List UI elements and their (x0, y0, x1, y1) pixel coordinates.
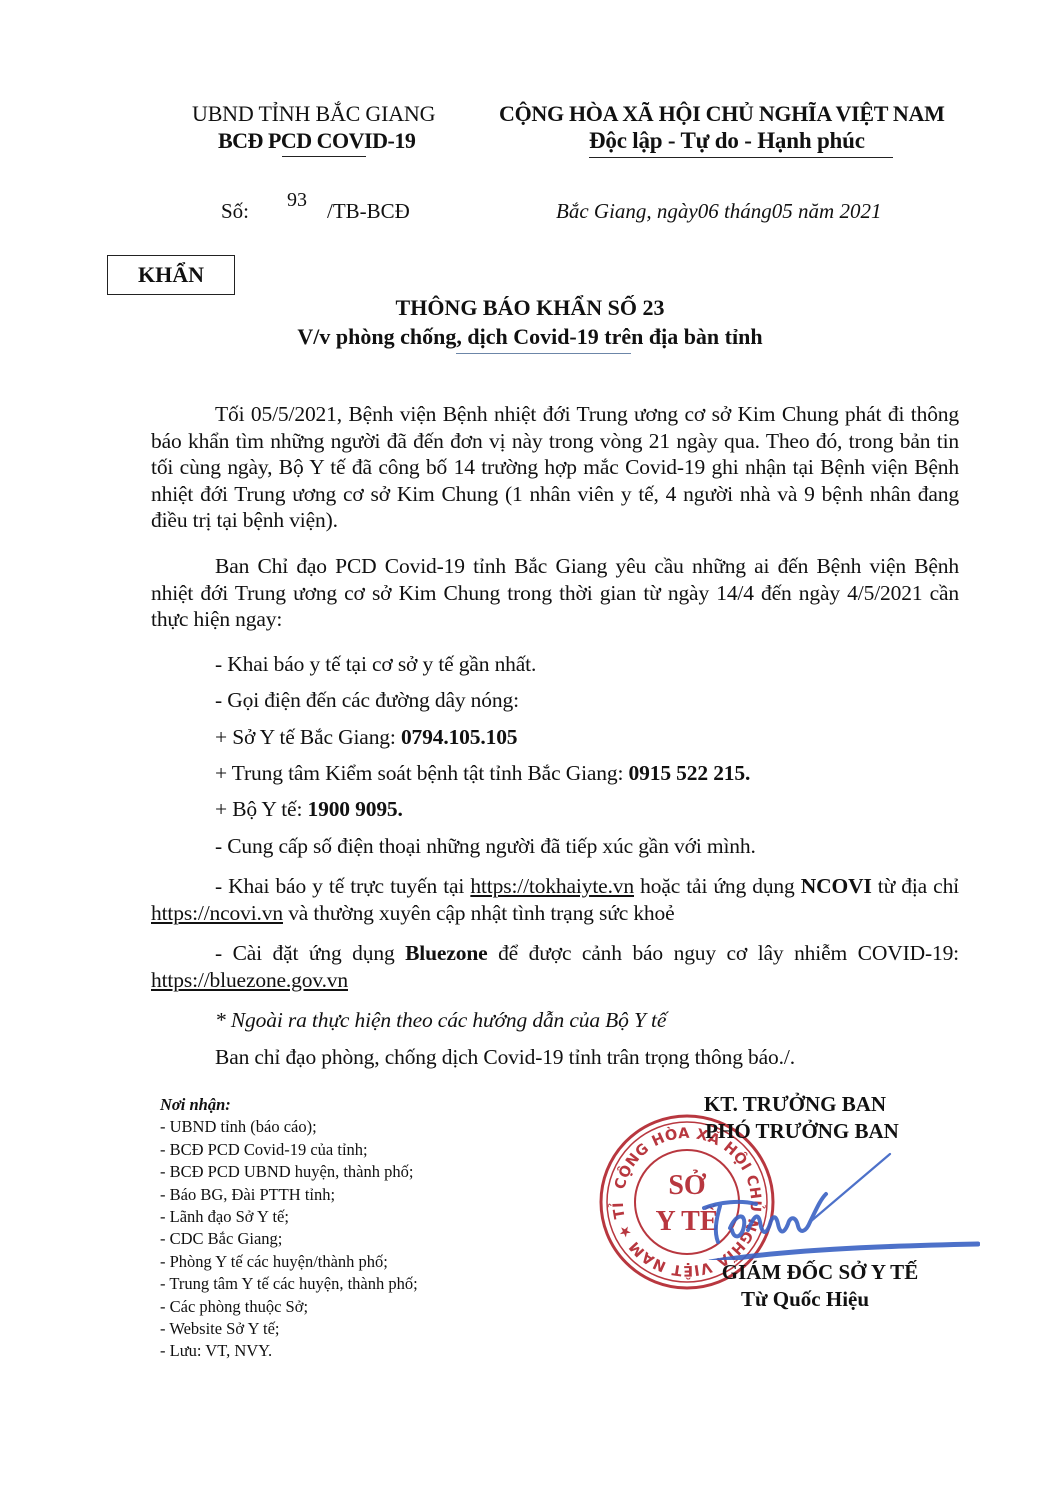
signer-title-1: KT. TRƯỞNG BAN (640, 1092, 950, 1117)
recipient-item: - Lưu: VT, NVY. (160, 1340, 418, 1362)
title-divider (456, 353, 631, 354)
note: * Ngoài ra thực hiện theo các hướng dẫn … (215, 1008, 666, 1033)
document-number-label: Số: (221, 199, 249, 224)
national-title: CỘNG HÒA XÃ HỘI CHỦ NGHĨA VIỆT NAM (499, 101, 945, 127)
text: hoặc tải ứng dụng (634, 874, 801, 898)
instruction-contacts: - Cung cấp số điện thoại những người đã … (215, 834, 756, 859)
signer-position: GIÁM ĐỐC SỞ Y TẾ (690, 1260, 950, 1285)
document-number: 93 (287, 189, 307, 212)
document-title: THÔNG BÁO KHẨN SỐ 23 (0, 295, 1060, 321)
ncovi-app-name: NCOVI (801, 874, 872, 898)
urgent-badge: KHẨN (107, 255, 235, 295)
issuing-committee: BCĐ PCD COVID-19 (218, 128, 415, 154)
recipient-item: - Website Sở Y tế; (160, 1318, 418, 1340)
signer-title-2: PHÓ TRƯỞNG BAN (652, 1119, 952, 1144)
instruction-declare: - Khai báo y tế tại cơ sở y tế gần nhất. (215, 652, 536, 677)
document-number-suffix: /TB-BCĐ (327, 199, 410, 224)
hotline-label: + Bộ Y tế: (215, 797, 308, 821)
recipient-item: - Phòng Y tế các huyện/thành phố; (160, 1251, 418, 1273)
bluezone-link[interactable]: https://bluezone.gov.vn (151, 968, 348, 992)
recipient-item: - Lãnh đạo Sở Y tế; (160, 1206, 418, 1228)
document-subject: V/v phòng chống, dịch Covid-19 trên địa … (0, 324, 1060, 350)
handwritten-signature-icon (700, 1150, 980, 1260)
recipient-item: - BCĐ PCD UBND huyện, thành phố; (160, 1161, 418, 1183)
signer-name: Từ Quốc Hiệu (650, 1287, 960, 1312)
paragraph-bluezone: - Cài đặt ứng dụng Bluezone để được cảnh… (151, 940, 959, 993)
hotline-number: 0915 522 215. (629, 761, 751, 785)
recipient-item: - Các phòng thuộc Sở; (160, 1296, 418, 1318)
text: và thường xuyên cập nhật tình trạng sức … (283, 901, 675, 925)
text: - Cài đặt ứng dụng (215, 941, 405, 965)
recipients-list: Nơi nhận: - UBND tỉnh (báo cáo);- BCĐ PC… (160, 1094, 418, 1363)
recipient-item: - BCĐ PCD Covid-19 của tỉnh; (160, 1139, 418, 1161)
instruction-call: - Gọi điện đến các đường dây nóng: (215, 688, 519, 713)
hotline-label: + Sở Y tế Bắc Giang: (215, 725, 401, 749)
paragraph-background: Tối 05/5/2021, Bệnh viện Bệnh nhiệt đới … (151, 401, 959, 534)
hotline-item: + Trung tâm Kiểm soát bệnh tật tỉnh Bắc … (215, 761, 750, 786)
tokhaiyte-link[interactable]: https://tokhaiyte.vn (470, 874, 634, 898)
text: - Khai báo y tế trực tuyến tại (215, 874, 470, 898)
closing-statement: Ban chỉ đạo phòng, chống dịch Covid-19 t… (215, 1045, 795, 1070)
hotline-item: + Bộ Y tế: 1900 9095. (215, 797, 403, 822)
header-right-divider (589, 157, 893, 158)
paragraph-request: Ban Chỉ đạo PCD Covid-19 tỉnh Bắc Giang … (151, 553, 959, 633)
document-date: Bắc Giang, ngày06 tháng05 năm 2021 (556, 199, 881, 224)
text: để được cảnh báo nguy cơ lây nhiễm COVID… (488, 941, 959, 965)
paragraph-online-declaration: - Khai báo y tế trực tuyến tại https://t… (151, 873, 959, 926)
text: từ địa chỉ (872, 874, 959, 898)
recipient-item: - Báo BG, Đài PTTH tỉnh; (160, 1184, 418, 1206)
ncovi-link[interactable]: https://ncovi.vn (151, 901, 283, 925)
hotline-item: + Sở Y tế Bắc Giang: 0794.105.105 (215, 725, 517, 750)
recipients-heading: Nơi nhận: (160, 1094, 418, 1116)
national-motto: Độc lập - Tự do - Hạnh phúc (589, 128, 865, 154)
hotline-number: 0794.105.105 (401, 725, 517, 749)
header-left-divider (282, 156, 366, 157)
recipient-item: - UBND tỉnh (báo cáo); (160, 1116, 418, 1138)
bluezone-app-name: Bluezone (405, 941, 487, 965)
hotline-label: + Trung tâm Kiểm soát bệnh tật tỉnh Bắc … (215, 761, 629, 785)
hotline-number: 1900 9095. (308, 797, 403, 821)
recipient-item: - CDC Bắc Giang; (160, 1228, 418, 1250)
issuing-authority: UBND TỈNH BẮC GIANG (192, 101, 435, 127)
recipient-item: - Trung tâm Y tế các huyện, thành phố; (160, 1273, 418, 1295)
